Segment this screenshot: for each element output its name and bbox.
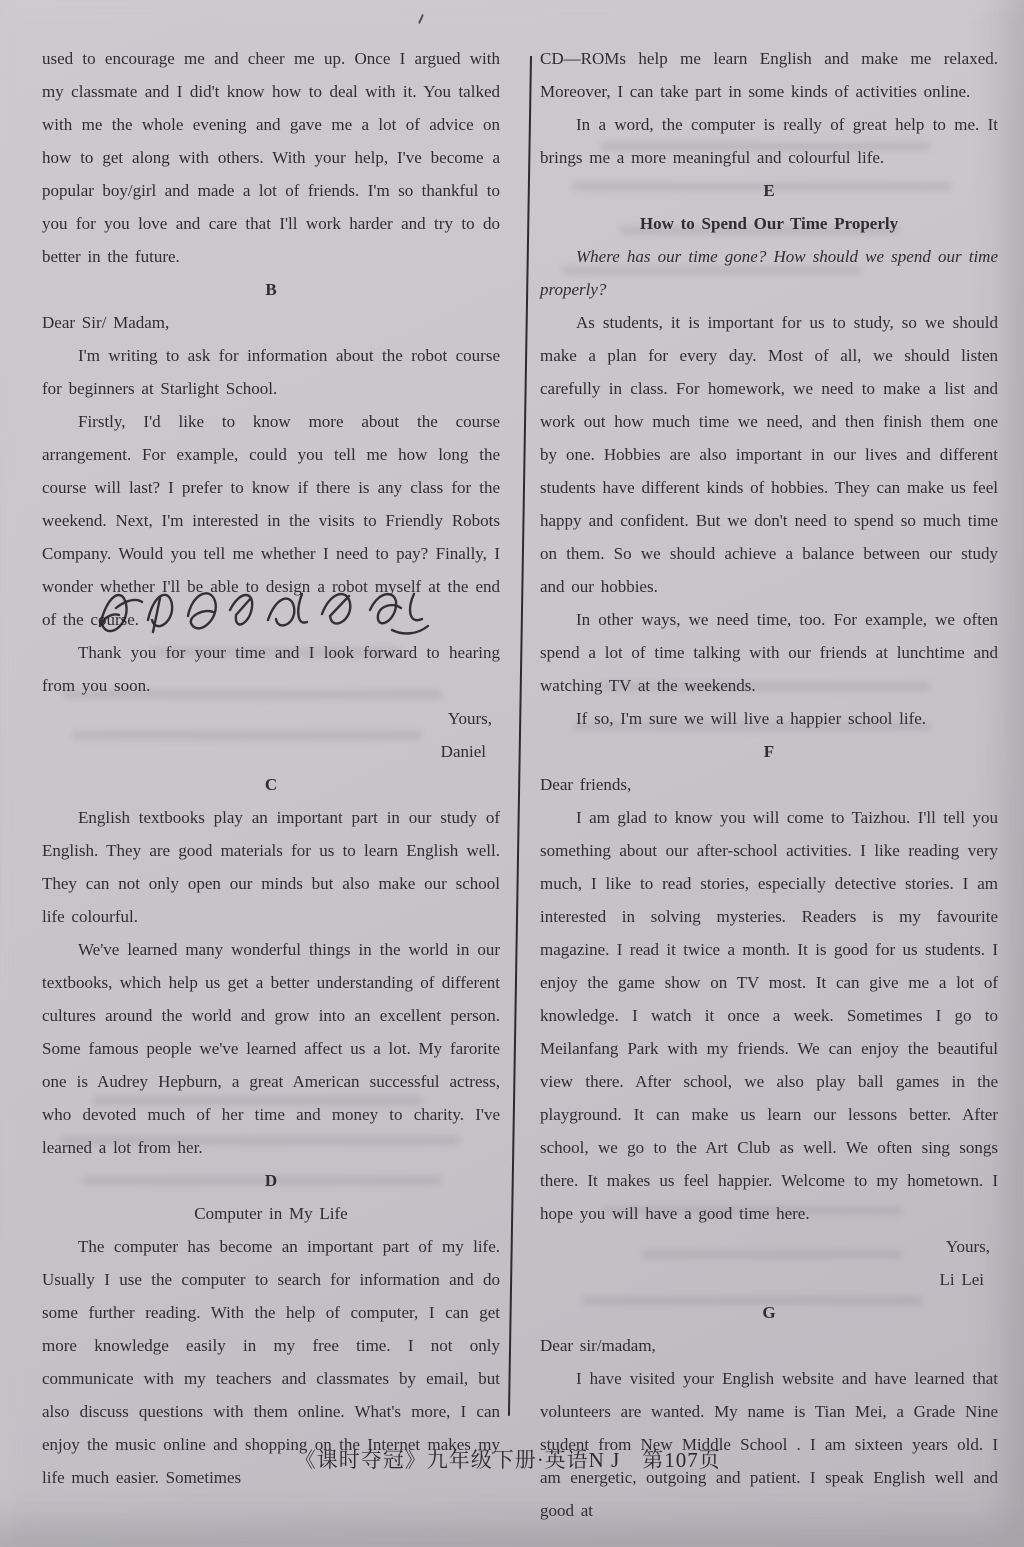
letter-closing: Yours, bbox=[540, 1230, 998, 1263]
page-footer: 《课时夺冠》九年级下册·英语N J 第107页 bbox=[295, 1444, 721, 1474]
left-column: used to encourage me and cheer me up. On… bbox=[42, 42, 500, 1494]
essay-e-title: How to Spend Our Time Properly bbox=[540, 207, 998, 240]
essay-e-lead-question: Where has our time gone? How should we s… bbox=[540, 240, 998, 306]
section-heading-e: E bbox=[540, 174, 998, 207]
essay-c-paragraph: English textbooks play an important part… bbox=[42, 801, 500, 933]
handwritten-scribble-icon bbox=[92, 578, 440, 650]
section-heading-b: B bbox=[42, 273, 500, 306]
essay-d-paragraph: In a word, the computer is really of gre… bbox=[540, 108, 998, 174]
essay-d-title: Computer in My Life bbox=[42, 1197, 500, 1230]
essay-a-continued-paragraph: used to encourage me and cheer me up. On… bbox=[42, 42, 500, 273]
essay-b-paragraph: I'm writing to ask for information about… bbox=[42, 339, 500, 405]
letter-closing: Yours, bbox=[42, 702, 500, 735]
scanned-textbook-page: used to encourage me and cheer me up. On… bbox=[0, 0, 1024, 1547]
essay-e-paragraph: If so, I'm sure we will live a happier s… bbox=[540, 702, 998, 735]
pen-tick-icon bbox=[418, 14, 424, 24]
letter-signature-name: Daniel bbox=[42, 735, 500, 768]
letter-salutation: Dear Sir/ Madam, bbox=[42, 306, 500, 339]
section-heading-d: D bbox=[42, 1164, 500, 1197]
essay-c-paragraph: We've learned many wonderful things in t… bbox=[42, 933, 500, 1164]
letter-salutation: Dear sir/madam, bbox=[540, 1329, 998, 1362]
essay-d-continued-paragraph: CD—ROMs help me learn English and make m… bbox=[540, 42, 998, 108]
essay-e-paragraph: As students, it is important for us to s… bbox=[540, 306, 998, 603]
column-divider-rule bbox=[508, 56, 532, 1416]
section-heading-c: C bbox=[42, 768, 500, 801]
right-column: CD—ROMs help me learn English and make m… bbox=[540, 42, 998, 1527]
letter-signature-name: Li Lei bbox=[540, 1263, 998, 1296]
section-heading-f: F bbox=[540, 735, 998, 768]
letter-salutation: Dear friends, bbox=[540, 768, 998, 801]
section-heading-g: G bbox=[540, 1296, 998, 1329]
essay-f-paragraph: I am glad to know you will come to Taizh… bbox=[540, 801, 998, 1230]
essay-e-paragraph: In other ways, we need time, too. For ex… bbox=[540, 603, 998, 702]
